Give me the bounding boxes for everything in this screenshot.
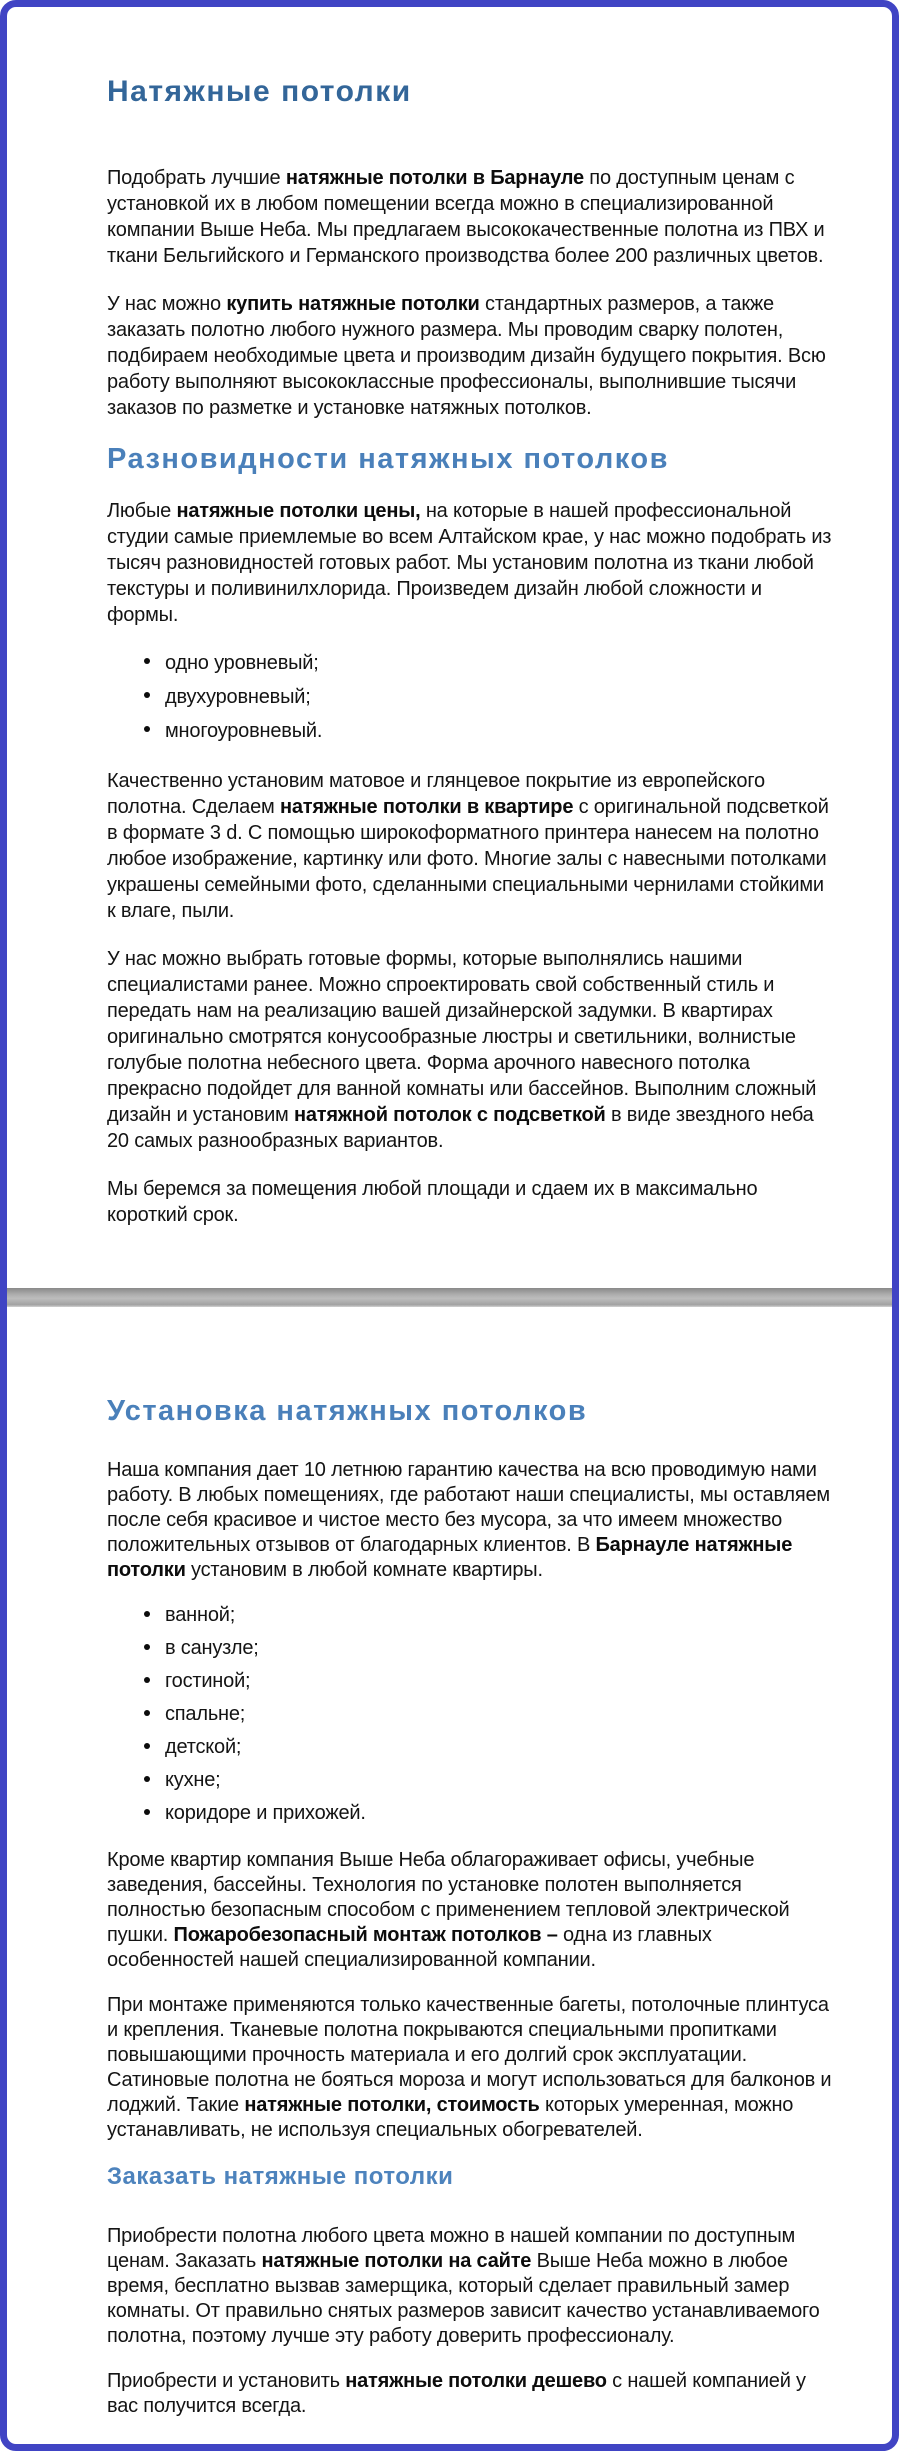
list-item: ванной;: [144, 1603, 834, 1628]
paragraph: Приобрести полотна любого цвета можно в …: [107, 2224, 834, 2349]
page-title: Натяжные потолки: [107, 75, 834, 109]
paragraph: Качественно установим матовое и глянцево…: [107, 768, 834, 924]
list-item: кухне;: [144, 1768, 834, 1793]
list-item: в санузле;: [144, 1636, 834, 1661]
paragraph: Приобрести и установить натяжные потолки…: [107, 2369, 834, 2419]
list-item: одно уровневый;: [144, 650, 834, 676]
page-title: Установка натяжных потолков: [107, 1395, 834, 1428]
list-item: двухуровневый;: [144, 684, 834, 710]
article-section-2: Установка натяжных потолковНаша компания…: [7, 1307, 892, 2444]
paragraph: У нас можно купить натяжные потолки стан…: [107, 291, 834, 421]
page-container: Натяжные потолкиПодобрать лучшие натяжны…: [0, 0, 899, 2451]
list-item: коридоре и прихожей.: [144, 1801, 834, 1826]
paragraph: У нас можно выбрать готовые формы, котор…: [107, 946, 834, 1154]
sub-heading: Заказать натяжные потолки: [107, 2163, 834, 2190]
list-item: многоуровневый.: [144, 718, 834, 744]
paragraph: Мы беремся за помещения любой площади и …: [107, 1176, 834, 1228]
list-item: гостиной;: [144, 1669, 834, 1694]
paragraph: Кроме квартир компания Выше Неба облагор…: [107, 1848, 834, 1973]
section-divider: [7, 1288, 892, 1307]
bullet-list: ванной;в санузле;гостиной;спальне;детско…: [107, 1603, 834, 1826]
paragraph: Подобрать лучшие натяжные потолки в Барн…: [107, 165, 834, 269]
paragraph: Наша компания дает 10 летнюю гарантию ка…: [107, 1458, 834, 1583]
bullet-list: одно уровневый;двухуровневый;многоуровне…: [107, 650, 834, 744]
paragraph: Любые натяжные потолки цены, на которые …: [107, 498, 834, 628]
list-item: детской;: [144, 1735, 834, 1760]
paragraph: При монтаже применяются только качествен…: [107, 1993, 834, 2143]
list-item: спальне;: [144, 1702, 834, 1727]
section-heading: Разновидности натяжных потолков: [107, 443, 834, 476]
article-section-1: Натяжные потолкиПодобрать лучшие натяжны…: [7, 7, 892, 1288]
